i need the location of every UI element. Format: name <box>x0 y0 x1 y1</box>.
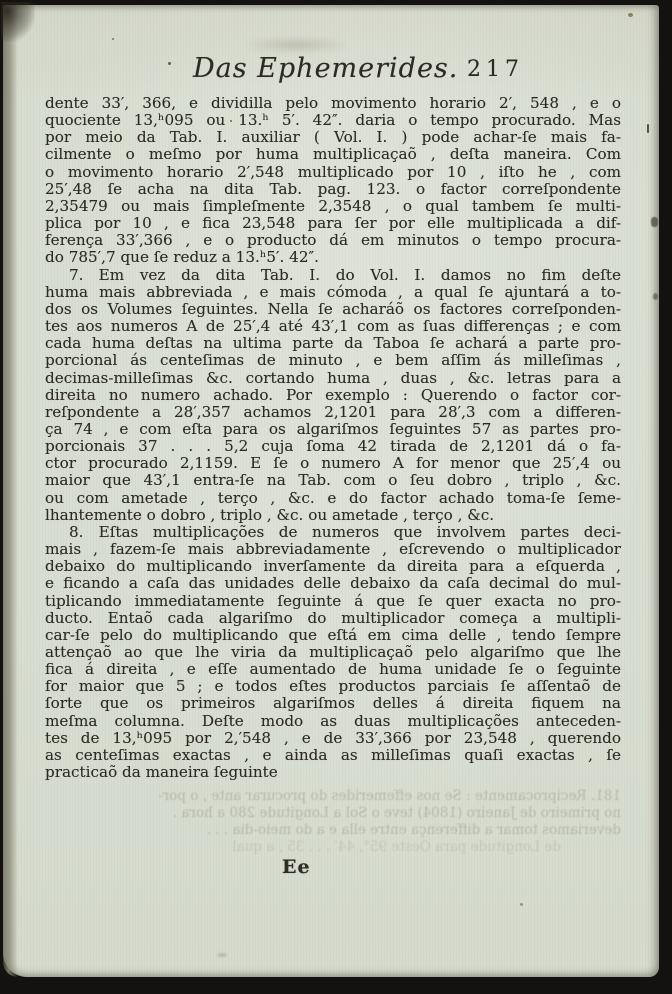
text-line: porcionais 37 . . . 5,2 cuja ſoma 42 tir… <box>45 438 621 455</box>
bleedthrough-line: 181. Reciprocamente : Se nos effemerides… <box>41 788 621 805</box>
text-line: quociente 13,ʰ095 ou 13.ʰ 5′. 42″. daria… <box>45 112 621 129</box>
paper-stain <box>647 124 649 133</box>
text-line: do 785′,7 que ſe reduz a 13.ʰ5′. 42″. <box>45 249 621 266</box>
bleedthrough-line: no primeiro de Janeiro (1804) teve o Sol… <box>41 805 621 822</box>
text-line: ferença 33′,366 , e o producto dá em min… <box>45 232 621 249</box>
text-line: for maior que 5 ; e todos eſtes producto… <box>45 678 621 695</box>
paper-stain <box>653 293 658 300</box>
text-line: attençaõ ao que lhe viria da multiplicaç… <box>45 644 621 661</box>
running-head: Das Ephemerides. 217 <box>3 53 659 93</box>
text-line: fica á direita , e eſſe aumentado de hum… <box>45 661 621 678</box>
body-text: dente 33′, 366, e dividilla pelo movimen… <box>45 95 621 781</box>
paper-stain <box>651 217 658 227</box>
text-line: lhantemente o dobro , triplo , &c. ou am… <box>45 507 621 524</box>
text-line: ou com ametade , terço , &c. e do factor… <box>45 490 621 507</box>
text-line: meſma columna. Deſte modo as duas multip… <box>45 713 621 730</box>
paper-stain <box>520 903 523 906</box>
scanned-book-page: Das Ephemerides. 217 dente 33′, 366, e d… <box>0 0 672 994</box>
paper-stain <box>60 553 62 555</box>
page-number: 217 <box>467 57 524 82</box>
text-line: ducto. Entaõ cada algariſmo do multiplic… <box>45 610 621 627</box>
ink-showthrough-smudge <box>241 35 351 55</box>
text-line: as centeſimas exactas , e ainda as mille… <box>45 747 621 764</box>
text-line: ſorte que os primeiros algariſmos delles… <box>45 695 621 712</box>
text-line: por meio da Tab. I. auxiliar ( Vol. I. )… <box>45 129 621 146</box>
text-line: ctor procurado 2,1159. E ſe o numero A f… <box>45 455 621 472</box>
bleedthrough-line: deveriamos tomar a differença entre ella… <box>41 822 621 839</box>
text-line: 25′,48 ſe acha na dita Tab. pag. 123. o … <box>45 181 621 198</box>
text-line: dente 33′, 366, e dividilla pelo movimen… <box>45 95 621 112</box>
text-line: 2,35479 ou mais ſimpleſmente 2,3548 , o … <box>45 198 621 215</box>
paper-stain <box>112 38 114 40</box>
text-line: porcional ás centeſimas de minuto , e be… <box>45 352 621 369</box>
text-line: cilmente o meſmo por huma multiplicaçaõ … <box>45 146 621 163</box>
text-line: e ficando a caſa das unidades delle deba… <box>45 575 621 592</box>
text-line: 7. Em vez da dita Tab. I. do Vol. I. dam… <box>45 267 621 284</box>
text-line: reſpondente a 28′,357 achamos 2,1201 par… <box>45 404 621 421</box>
paper-stain <box>168 62 171 65</box>
text-line: car-ſe pelo do multiplicando que eſtá em… <box>45 627 621 644</box>
text-line: mais , fazem-ſe mais abbreviadamente , e… <box>45 541 621 558</box>
page-gutter-edge <box>3 5 18 977</box>
text-line: decimas-milleſimas &c. cortando huma , d… <box>45 370 621 387</box>
paper-stain <box>628 13 633 17</box>
text-line: huma mais abbreviada , e mais cómoda , a… <box>45 284 621 301</box>
text-line: tiplicando immediatamente ſeguinte á que… <box>45 593 621 610</box>
paper-stain <box>230 120 232 122</box>
text-line: direita no numero achado. Por exemplo : … <box>45 387 621 404</box>
text-line: o movimento horario 2′,548 multiplicado … <box>45 164 621 181</box>
text-line: tes aos numeros A de 25′,4 até 43′,1 com… <box>45 318 621 335</box>
book-page: Das Ephemerides. 217 dente 33′, 366, e d… <box>3 5 659 977</box>
bleedthrough-line: de Longitude para Oeste 95°, 44′ . . . 3… <box>41 839 621 856</box>
text-line: 8. Eſtas multiplicações de numeros que i… <box>45 524 621 541</box>
signature-mark: Ee <box>282 856 311 878</box>
text-line: maior que 43′,1 entra-ſe na Tab. com o ſ… <box>45 472 621 489</box>
text-line: ça 74 , e com eſta para os algariſmos ſe… <box>45 421 621 438</box>
text-line: plica por 10 , e fica 23,548 para ſer po… <box>45 215 621 232</box>
text-line: debaixo do multiplicando inverſamente da… <box>45 558 621 575</box>
paper-stain <box>217 953 227 957</box>
text-line: cada huma deſtas na ultima parte da Tabo… <box>45 335 621 352</box>
text-line: tes de 13,ʰ095 por 2,′548 , e de 33′,366… <box>45 730 621 747</box>
running-title: Das Ephemerides. <box>193 53 458 84</box>
bleedthrough-text: 181. Reciprocamente : Se nos effemerides… <box>41 788 621 856</box>
text-line: practicaõ da maneira ſeguinte <box>45 764 621 781</box>
text-line: dos os Volumes ſeguintes. Nella ſe achar… <box>45 301 621 318</box>
corner-shadow <box>1 2 35 42</box>
